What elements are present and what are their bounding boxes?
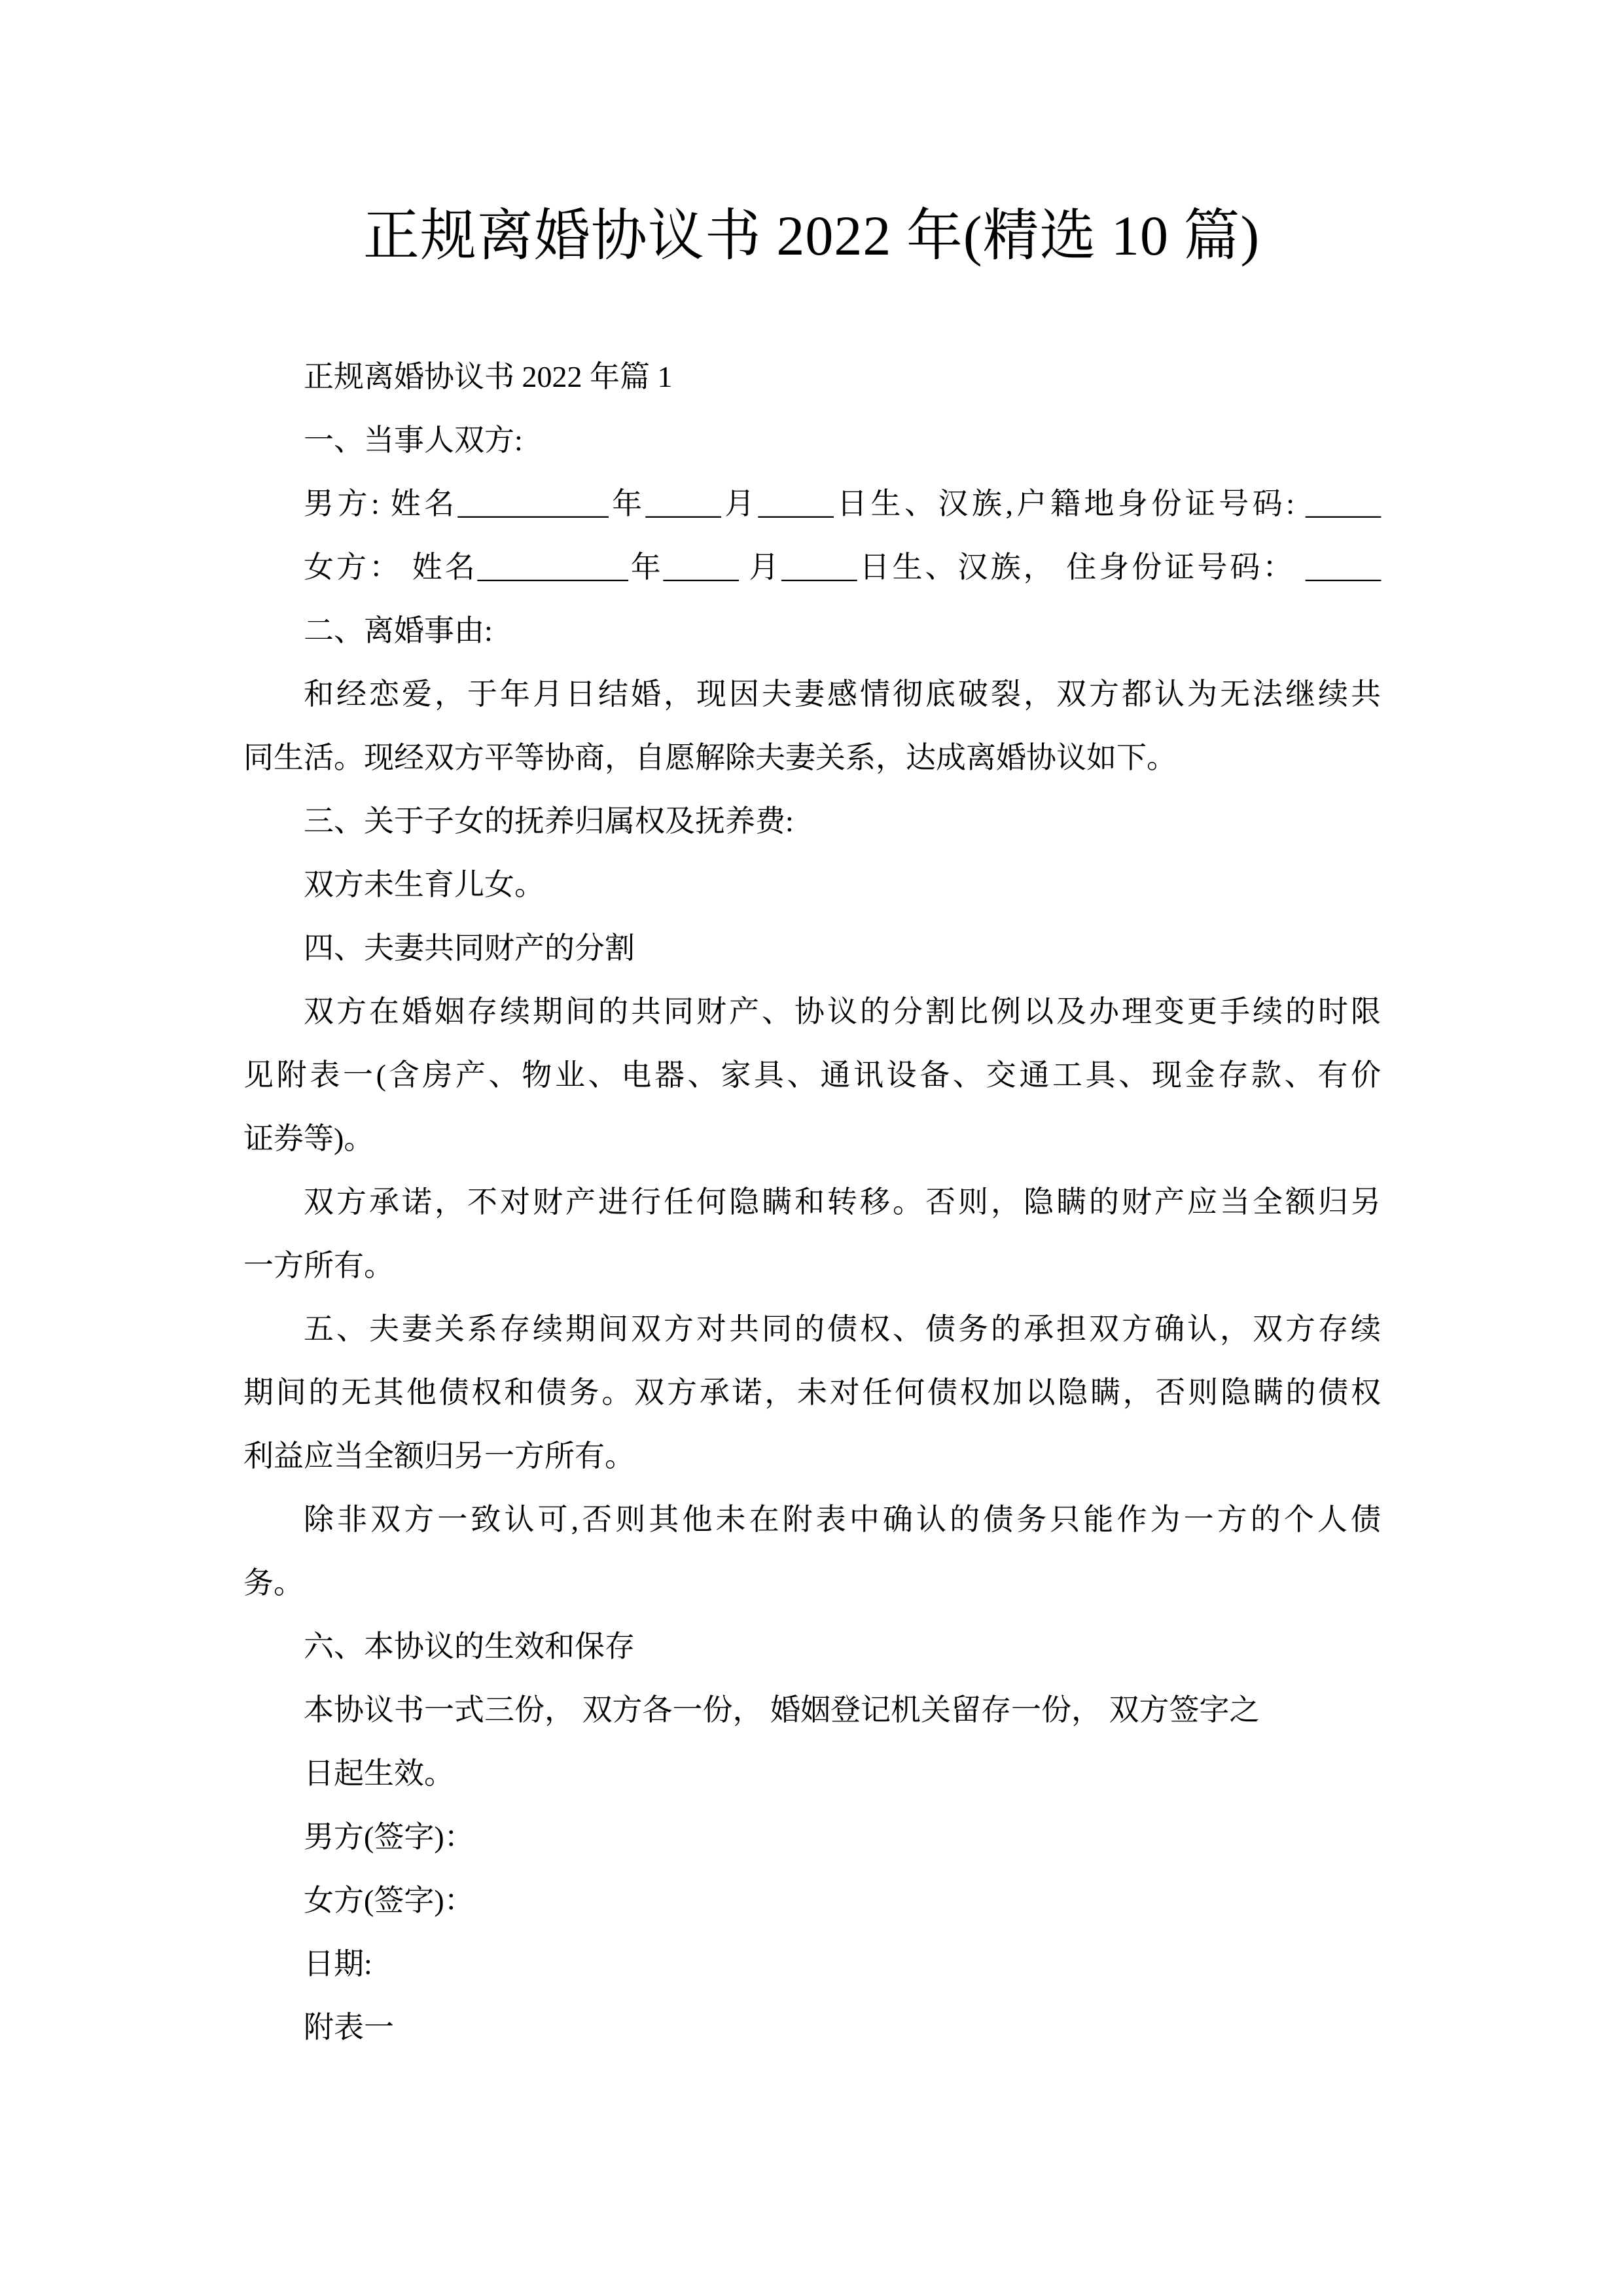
document-page: 正规离婚协议书 2022 年(精选 10 篇) 正规离婚协议书 2022 年篇 … — [0, 0, 1623, 2296]
document-line: 双方未生育儿女。 — [243, 853, 1381, 916]
document-line: 同生活。现经双方平等协商，自愿解除夫妻关系，达成离婚协议如下。 — [243, 726, 1381, 789]
document-line: 四、夫妻共同财产的分割 — [243, 916, 1381, 980]
document-line: 日期: — [243, 1932, 1381, 1996]
document-line: 务。 — [243, 1551, 1381, 1615]
document-line: 和经恋爱，于年月日结婚，现因夫妻感情彻底破裂，双方都认为无法继续共 — [243, 662, 1381, 726]
document-line: 女方： 姓名__________年_____ 月_____日生、汉族， 住身份证… — [243, 535, 1381, 599]
document-line: 男方: 姓名__________年_____月_____日生、汉族,户籍地身份证… — [243, 472, 1381, 535]
document-line: 二、离婚事由: — [243, 599, 1381, 662]
document-line: 附表一 — [243, 1996, 1381, 2059]
document-line: 男方(签字)： — [243, 1805, 1381, 1869]
document-line: 女方(签字)： — [243, 1869, 1381, 1932]
document-line: 日起生效。 — [243, 1742, 1381, 1805]
document-line: 见附表一(含房产、物业、电器、家具、通讯设备、交通工具、现金存款、有价 — [243, 1043, 1381, 1107]
document-line: 双方在婚姻存续期间的共同财产、协议的分割比例以及办理变更手续的时限 — [243, 980, 1381, 1043]
document-line: 本协议书一式三份， 双方各一份， 婚姻登记机关留存一份， 双方签字之 — [243, 1678, 1381, 1742]
document-line: 证券等)。 — [243, 1107, 1381, 1170]
document-line: 三、关于子女的抚养归属权及抚养费: — [243, 789, 1381, 853]
document-line: 期间的无其他债权和债务。双方承诺，未对任何债权加以隐瞒，否则隐瞒的债权 — [243, 1361, 1381, 1424]
document-line: 利益应当全额归另一方所有。 — [243, 1424, 1381, 1488]
document-line: 六、本协议的生效和保存 — [243, 1615, 1381, 1678]
document-line: 一方所有。 — [243, 1234, 1381, 1297]
document-line: 一、当事人双方: — [243, 408, 1381, 472]
document-line: 正规离婚协议书 2022 年篇 1 — [243, 345, 1381, 408]
document-line: 除非双方一致认可,否则其他未在附表中确认的债务只能作为一方的个人债 — [243, 1488, 1381, 1551]
document-line: 五、夫妻关系存续期间双方对共同的债权、债务的承担双方确认，双方存续 — [243, 1297, 1381, 1361]
document-title: 正规离婚协议书 2022 年(精选 10 篇) — [0, 0, 1623, 275]
document-body: 正规离婚协议书 2022 年篇 1 一、当事人双方: 男方: 姓名_______… — [243, 345, 1381, 2059]
document-line: 双方承诺，不对财产进行任何隐瞒和转移。否则，隐瞒的财产应当全额归另 — [243, 1170, 1381, 1234]
